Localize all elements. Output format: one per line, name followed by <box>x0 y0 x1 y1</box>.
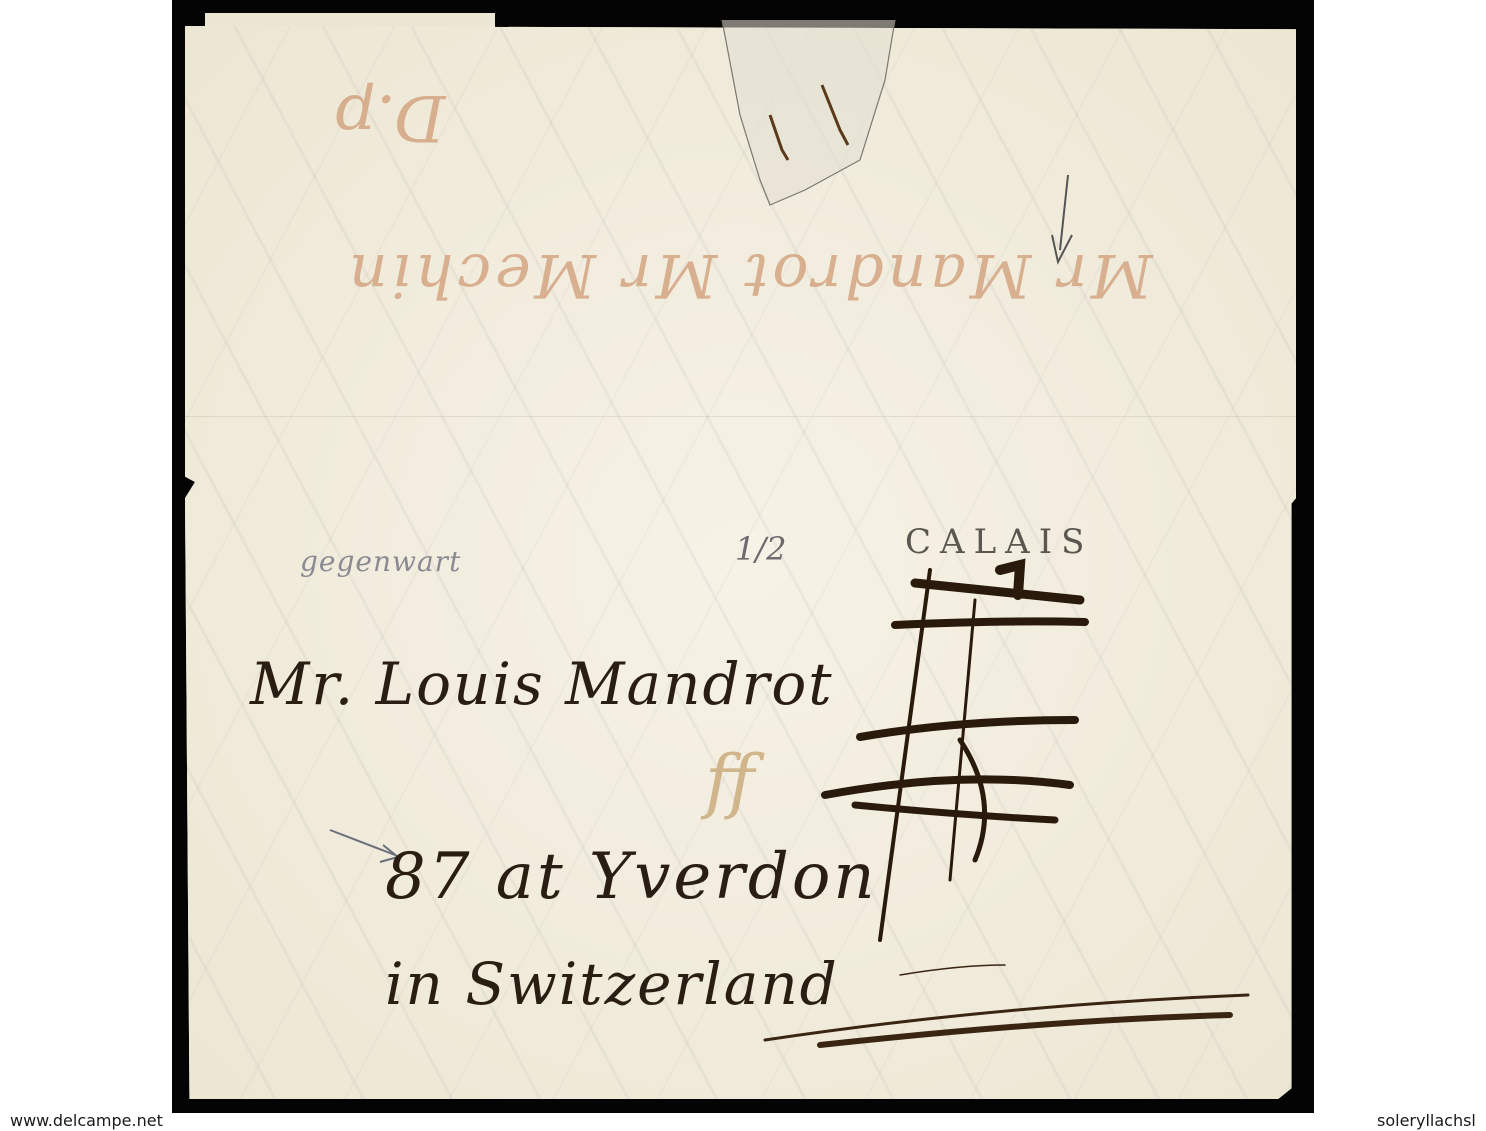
red-ink-docket-line2: Mr Mandrot Mr Mechin <box>345 240 1153 310</box>
faint-ink-mark: ff <box>705 740 755 822</box>
letter-top-flap <box>205 13 495 28</box>
calais-postmark: CALAIS <box>905 522 1093 562</box>
paper-tear-mark <box>710 20 900 250</box>
red-ink-docket-line1: D.p <box>335 80 445 154</box>
pencil-note: gegenwart <box>300 545 461 578</box>
address-town: 87 at Yverdon <box>385 840 878 914</box>
rate-manuscript-mark: 1/2 <box>735 530 787 568</box>
watermark-soleryllachsl: soleryllachsl <box>1377 1111 1476 1130</box>
address-country: in Switzerland <box>385 950 839 1018</box>
letter-fold-line <box>185 416 1296 417</box>
watermark-delcampe: www.delcampe.net <box>10 1111 163 1130</box>
address-recipient: Mr. Louis Mandrot <box>250 650 834 718</box>
